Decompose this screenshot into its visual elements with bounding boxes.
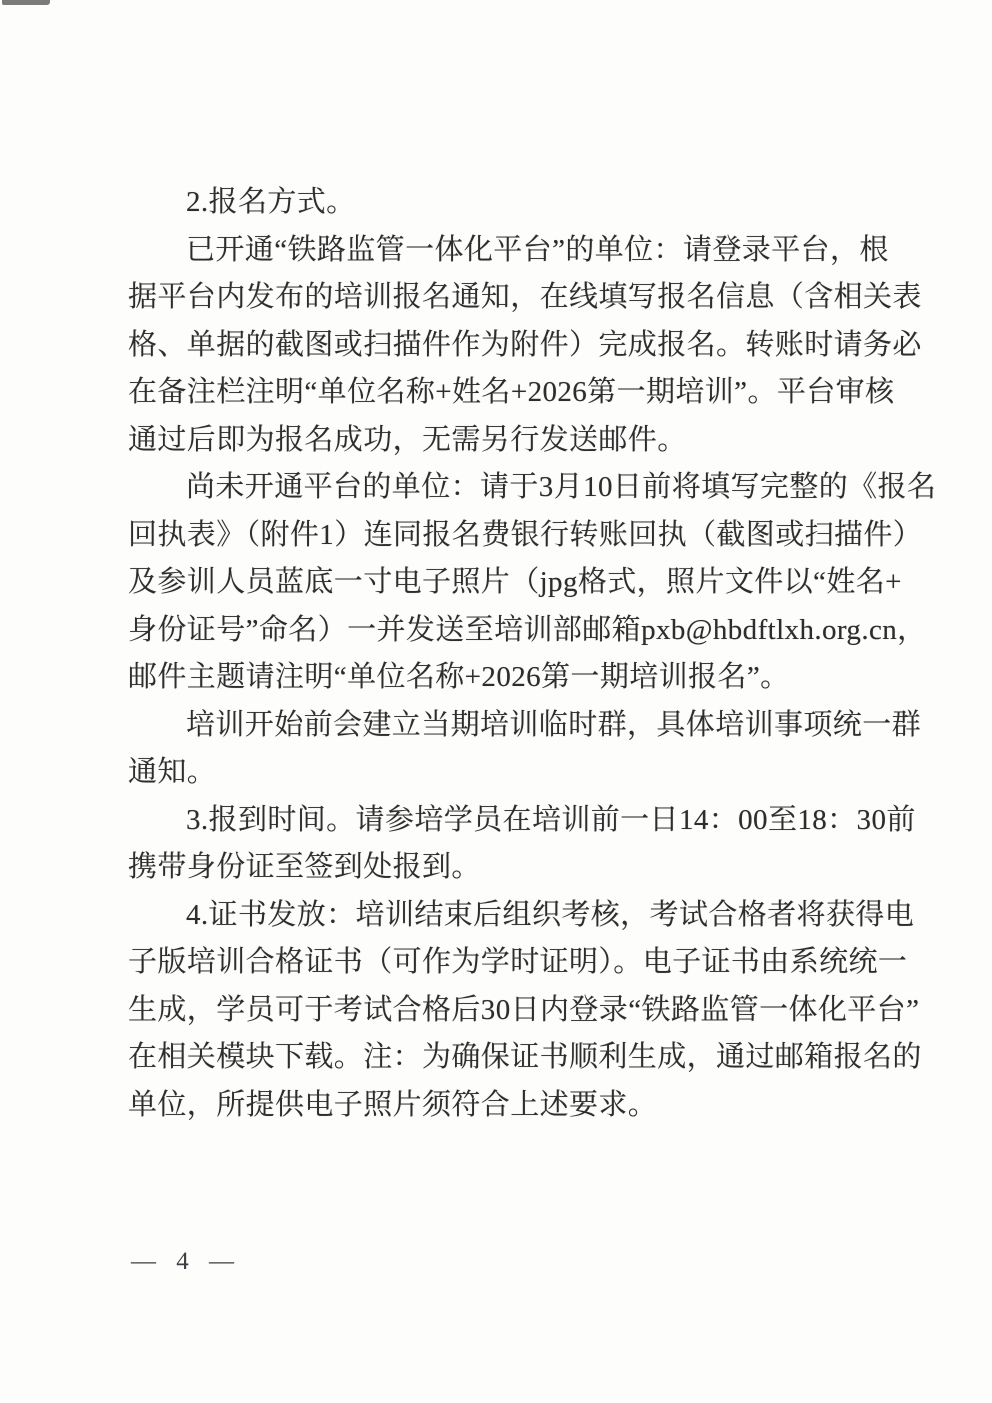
text-line: 单位，所提供电子照片须符合上述要求。: [128, 1082, 888, 1130]
text-line: 在相关模块下载。注：为确保证书顺利生成，通过邮箱报名的: [128, 1034, 888, 1082]
text-line: 4.证书发放：培训结束后组织考核，考试合格者将获得电: [128, 892, 888, 940]
text-line: 格、单据的截图或扫描件作为附件）完成报名。转账时请务必: [128, 322, 888, 370]
text-line: 在备注栏注明“单位名称+姓名+2026第一期培训”。平台审核: [128, 369, 888, 417]
scan-artifact-smudge: [2, 0, 50, 5]
text-line: 邮件主题请注明“单位名称+2026第一期培训报名”。: [128, 654, 888, 702]
text-line: 已开通“铁路监管一体化平台”的单位：请登录平台，根: [128, 227, 888, 275]
text-line: 子版培训合格证书（可作为学时证明）。电子证书由系统统一: [128, 939, 888, 987]
text-line: 及参训人员蓝底一寸电子照片（jpg格式，照片文件以“姓名+: [128, 559, 888, 607]
text-line: 携带身份证至签到处报到。: [128, 844, 888, 892]
text-line: 回执表》（附件1）连同报名费银行转账回执（截图或扫描件）: [128, 512, 888, 560]
document-body: 2.报名方式。 已开通“铁路监管一体化平台”的单位：请登录平台，根 据平台内发布…: [128, 179, 888, 1129]
page-number: — 4 —: [131, 1248, 241, 1276]
text-line: 2.报名方式。: [128, 179, 888, 227]
text-line: 生成，学员可于考试合格后30日内登录“铁路监管一体化平台”: [128, 987, 888, 1035]
text-line: 通知。: [128, 749, 888, 797]
text-line: 据平台内发布的培训报名通知，在线填写报名信息（含相关表: [128, 274, 888, 322]
text-line: 身份证号”命名）一并发送至培训部邮箱pxb@hbdftlxh.org.cn，: [128, 607, 888, 655]
text-line: 3.报到时间。请参培学员在培训前一日14：00至18：30前: [128, 797, 888, 845]
text-line: 尚未开通平台的单位：请于3月10日前将填写完整的《报名: [128, 464, 888, 512]
text-line: 培训开始前会建立当期培训临时群，具体培训事项统一群: [128, 702, 888, 750]
text-line: 通过后即为报名成功，无需另行发送邮件。: [128, 417, 888, 465]
